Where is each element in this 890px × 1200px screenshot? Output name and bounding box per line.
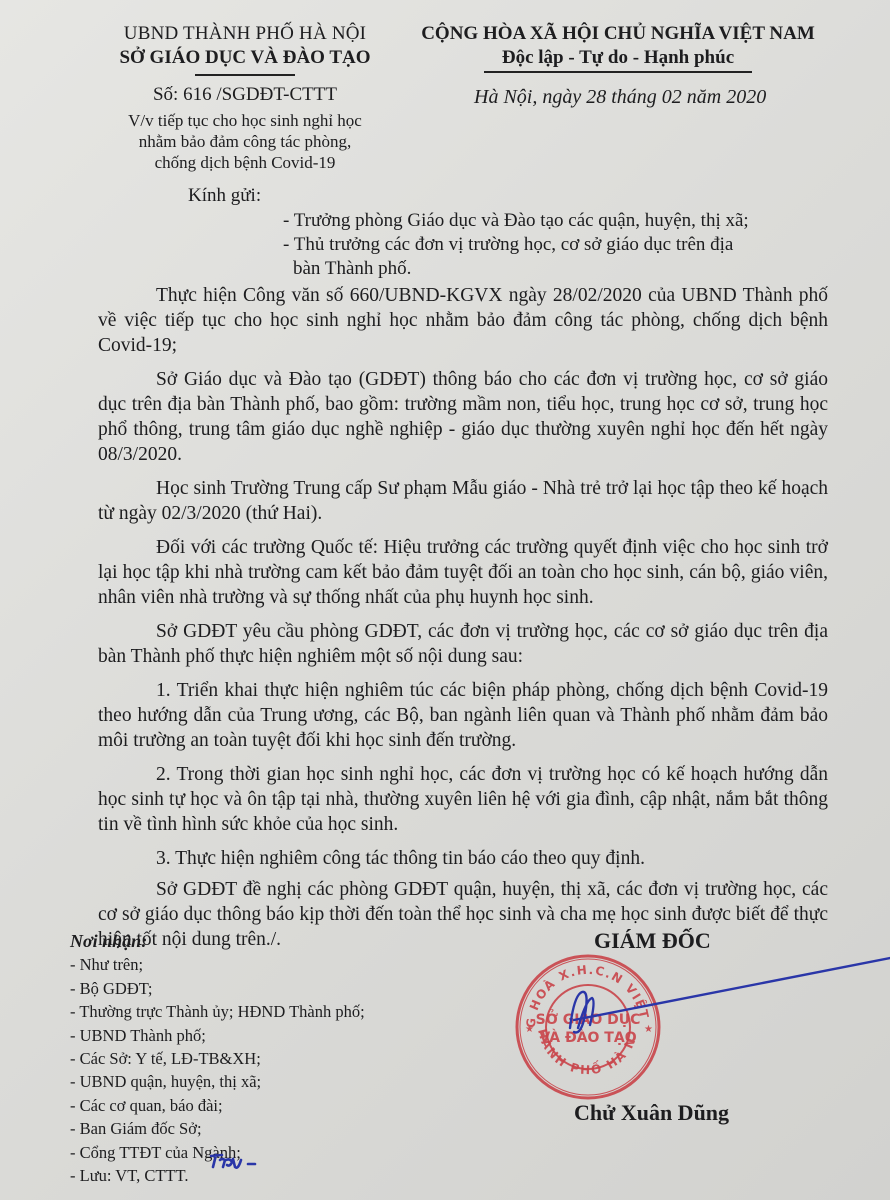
addressee-item: bàn Thành phố. (283, 257, 823, 281)
subject-line: nhằm bảo đảm công tác phòng, (95, 131, 395, 152)
subject-line: V/v tiếp tục cho học sinh nghỉ học (95, 110, 395, 131)
addressee-item: - Thủ trưởng các đơn vị trường học, cơ s… (283, 233, 823, 257)
document-number: Số: 616 /SGDĐT-CTTT (95, 82, 395, 108)
body-paragraph: 3. Thực hiện nghiêm công tác thông tin b… (98, 846, 828, 871)
issuing-agency-block: UBND THÀNH PHỐ HÀ NỘI SỞ GIÁO DỤC VÀ ĐÀO… (95, 22, 395, 173)
addressee-list: - Trưởng phòng Giáo dục và Đào tạo các q… (283, 209, 823, 281)
signer-name: Chử Xuân Dũng (574, 1100, 729, 1126)
distribution-item: - UBND quận, huyện, thị xã; (70, 1070, 430, 1093)
body-paragraph: Sở Giáo dục và Đào tạo (GDĐT) thông báo … (98, 367, 828, 467)
body-paragraph: 1. Triển khai thực hiện nghiêm túc các b… (98, 678, 828, 753)
distribution-item: - Các Sở: Y tế, LĐ-TB&XH; (70, 1047, 430, 1070)
national-motto: Độc lập - Tự do - Hạnh phúc (398, 46, 838, 70)
salutation: Kính gửi: (188, 185, 261, 207)
distribution-item: - Các cơ quan, báo đài; (70, 1094, 430, 1117)
distribution-item: - Thường trực Thành ủy; HĐND Thành phố; (70, 1000, 430, 1023)
subject-line: chống dịch bệnh Covid-19 (95, 152, 395, 173)
body-paragraph: Học sinh Trường Trung cấp Sư phạm Mẫu gi… (98, 476, 828, 526)
body-paragraph: Thực hiện Công văn số 660/UBND-KGVX ngày… (98, 283, 828, 358)
document-body: Thực hiện Công văn số 660/UBND-KGVX ngày… (98, 283, 828, 961)
distribution-title: Nơi nhận: (70, 930, 430, 953)
national-heading-block: CỘNG HÒA XÃ HỘI CHỦ NGHĨA VIỆT NAM Độc l… (398, 22, 838, 73)
department-name: SỞ GIÁO DỤC VÀ ĐÀO TẠO (95, 46, 395, 70)
nation-name: CỘNG HÒA XÃ HỘI CHỦ NGHĨA VIỆT NAM (398, 22, 838, 46)
authority-name: UBND THÀNH PHỐ HÀ NỘI (95, 22, 395, 46)
addressee-item: - Trưởng phòng Giáo dục và Đào tạo các q… (283, 209, 823, 233)
distribution-list: Nơi nhận: - Như trên; - Bộ GDĐT; - Thườn… (70, 930, 430, 1187)
document-subject: V/v tiếp tục cho học sinh nghỉ học nhằm … (95, 110, 395, 173)
motto-underline (484, 71, 752, 73)
agency-underline (195, 74, 295, 76)
handwritten-initial-icon (208, 1150, 258, 1172)
body-paragraph: Sở GDĐT yêu cầu phòng GDĐT, các đơn vị t… (98, 619, 828, 669)
distribution-item: - Bộ GDĐT; (70, 977, 430, 1000)
svg-text:★: ★ (525, 1024, 534, 1035)
body-paragraph: 2. Trong thời gian học sinh nghỉ học, cá… (98, 762, 828, 837)
distribution-item: - UBND Thành phố; (70, 1024, 430, 1047)
document-date: Hà Nội, ngày 28 tháng 02 năm 2020 (474, 86, 766, 109)
body-paragraph: Đối với các trường Quốc tế: Hiệu trưởng … (98, 535, 828, 610)
distribution-item: - Như trên; (70, 953, 430, 976)
signature-icon (560, 940, 890, 1070)
distribution-item: - Ban Giám đốc Sở; (70, 1117, 430, 1140)
